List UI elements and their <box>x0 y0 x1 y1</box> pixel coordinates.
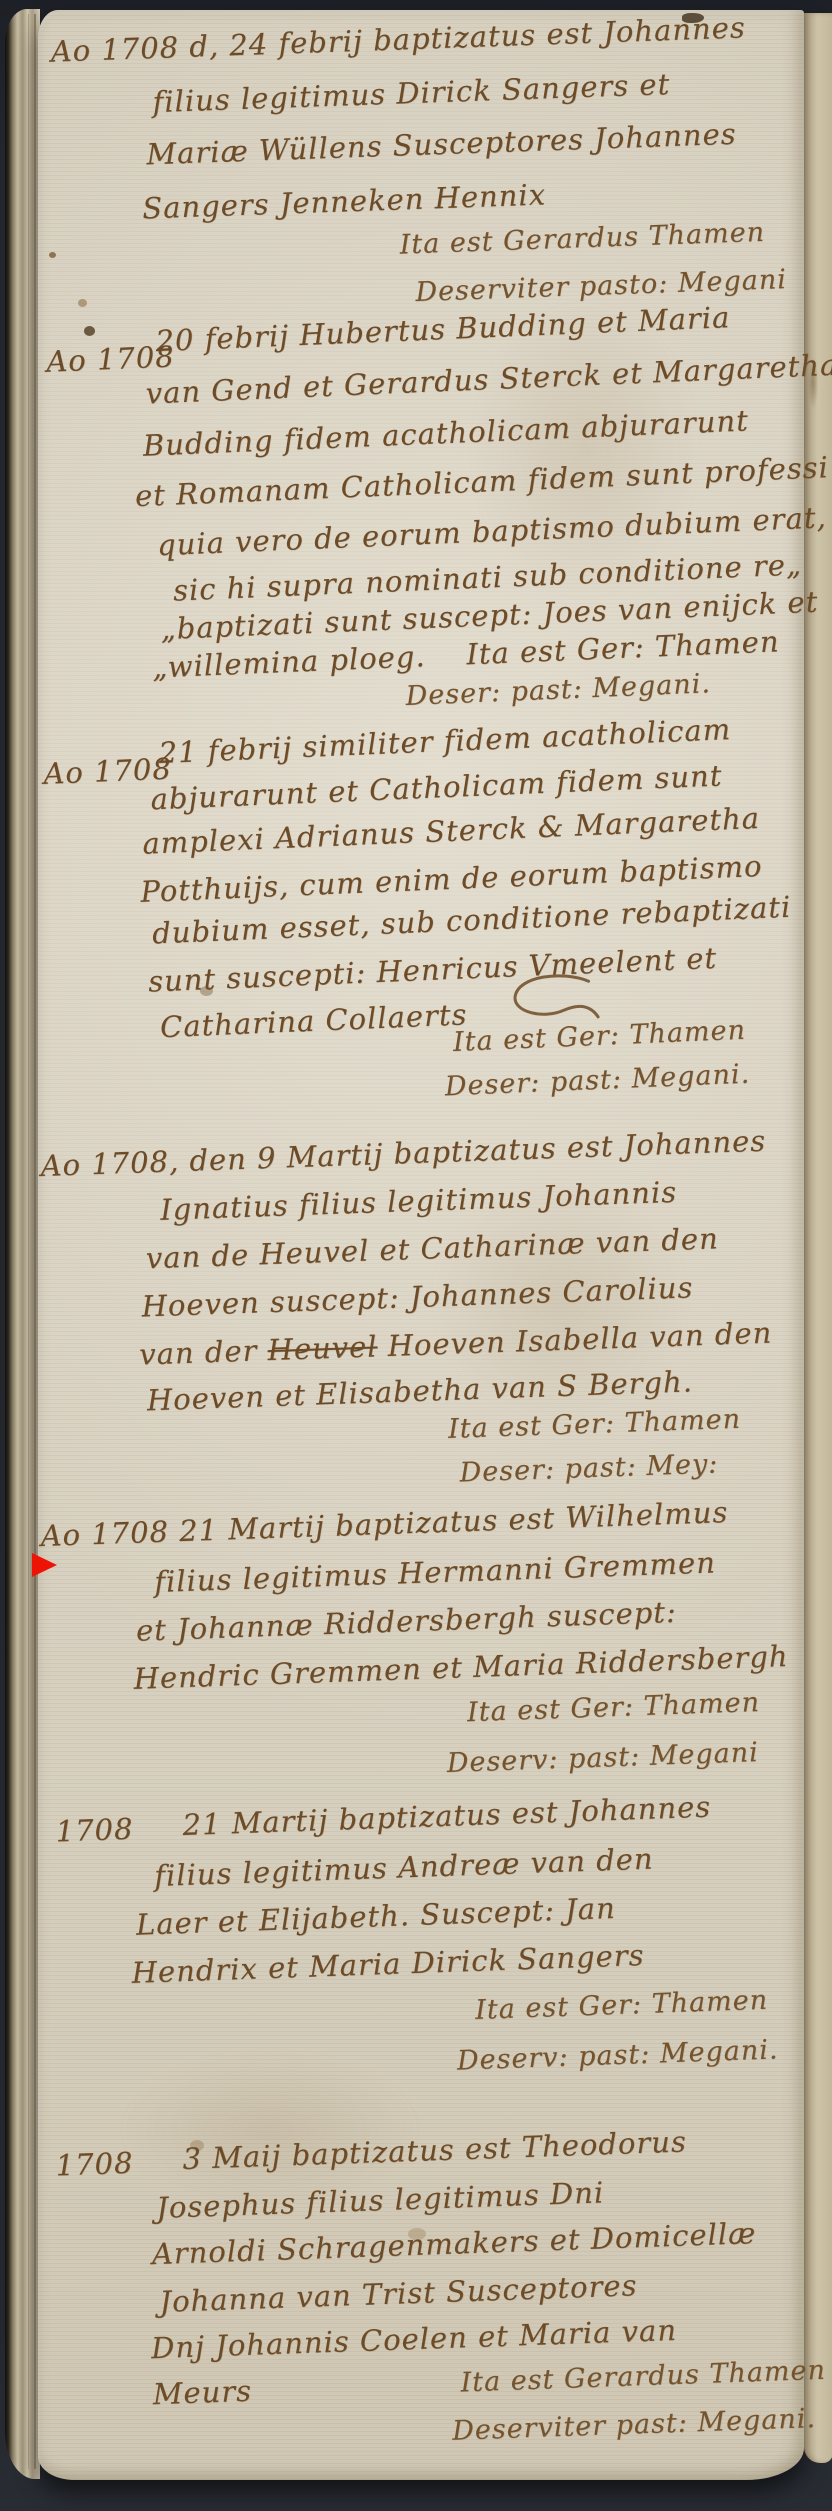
red-arrow-marker <box>32 1553 57 1577</box>
struck-word: Heuvel <box>267 1329 378 1367</box>
page-crease <box>28 14 29 2469</box>
entry-year: 1708 <box>55 2149 134 2181</box>
register-line: Meurs <box>152 2377 252 2409</box>
entry-year: 1708 <box>55 1815 134 1847</box>
scanned-register-page: Ao 1708 d, 24 febrij baptizatus est Joha… <box>0 0 832 2511</box>
ink-stain <box>78 299 87 307</box>
page-crease <box>34 14 36 2469</box>
ink-stain <box>49 252 56 258</box>
line-text-pre: van der <box>139 1333 268 1371</box>
